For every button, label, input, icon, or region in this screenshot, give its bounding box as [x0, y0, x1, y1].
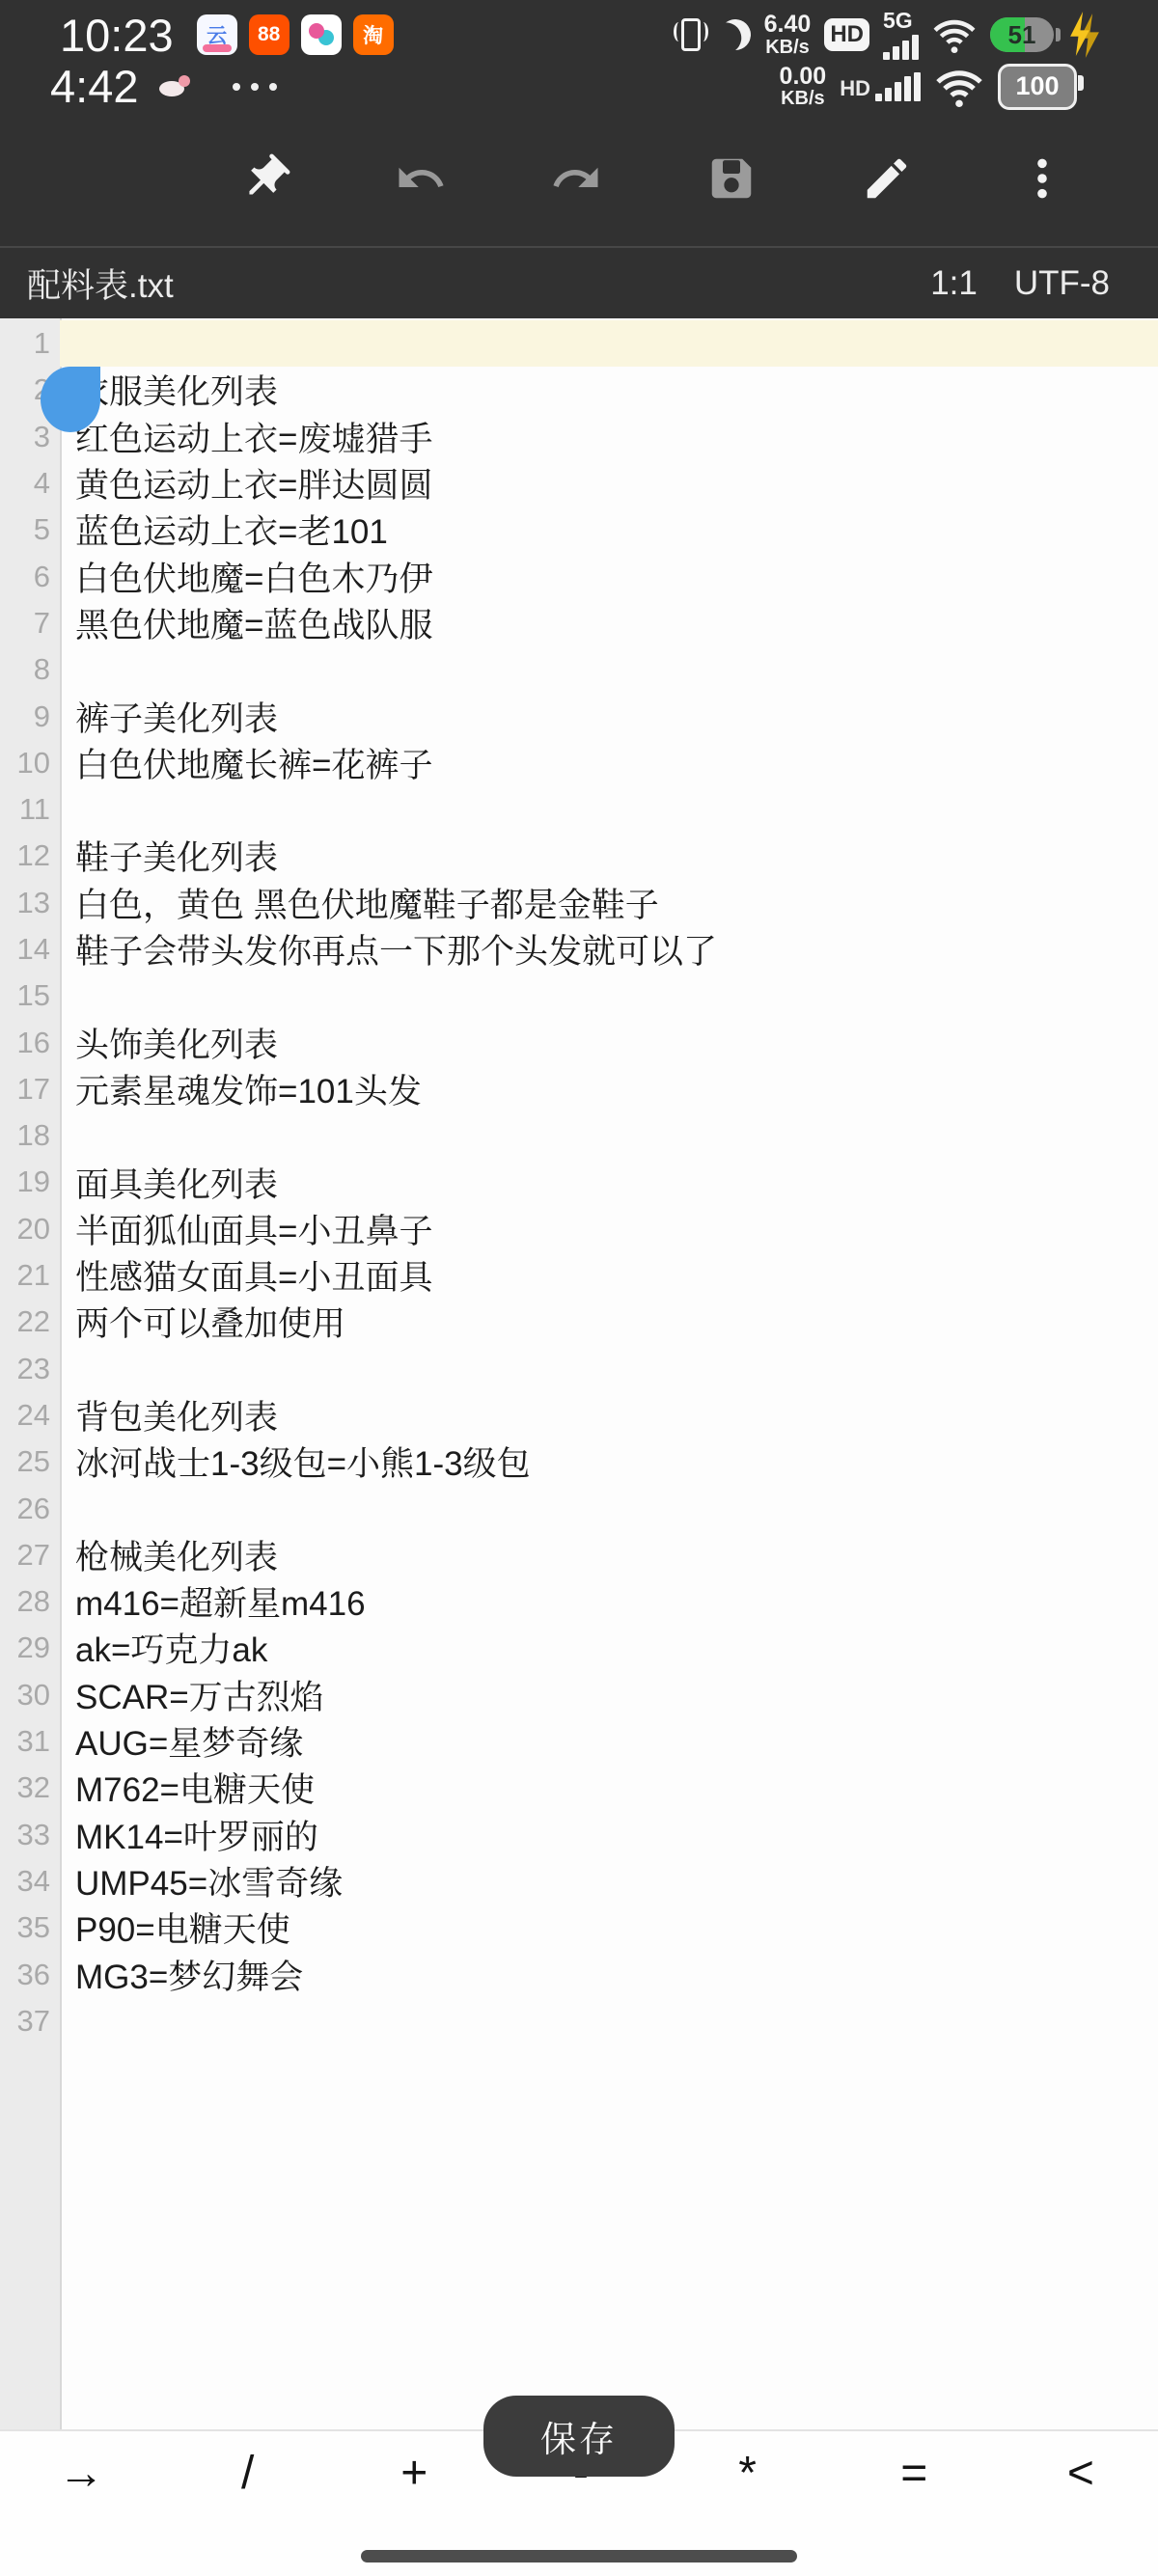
line-number: 16: [0, 1026, 60, 1060]
signal-bars-icon: [875, 72, 921, 101]
line-text: MG3=梦幻舞会: [60, 1951, 1158, 1997]
battery-main: 51: [990, 17, 1054, 52]
line-text: 蓝色运动上衣=老101: [60, 507, 1158, 553]
line-number: 32: [0, 1770, 60, 1805]
line-number: 33: [0, 1818, 60, 1852]
line-number: 10: [0, 746, 60, 781]
editor-line[interactable]: 18: [0, 1112, 1158, 1159]
line-text: 头饰美化列表: [60, 1019, 1158, 1065]
line-number: 21: [0, 1258, 60, 1293]
pin-button[interactable]: [238, 151, 292, 206]
editor-line[interactable]: 24背包美化列表: [0, 1392, 1158, 1439]
line-text: M762=电糖天使: [60, 1765, 1158, 1811]
line-text: m416=超新星m416: [60, 1578, 1158, 1625]
upload-speed: 6.40 KB/s: [764, 12, 812, 57]
line-number: 5: [0, 512, 60, 547]
editor-line[interactable]: 14鞋子会带头发你再点一下那个头发就可以了: [0, 926, 1158, 973]
line-text: 裤子美化列表: [60, 693, 1158, 739]
line-number: 6: [0, 560, 60, 594]
editor-line[interactable]: 1: [0, 320, 1158, 367]
line-text: 性感猫女面具=小丑面具: [60, 1252, 1158, 1299]
line-text: 枪械美化列表: [60, 1532, 1158, 1578]
line-number: 18: [0, 1118, 60, 1153]
editor-line[interactable]: 34UMP45=冰雪奇缘: [0, 1858, 1158, 1905]
editor-line[interactable]: 15: [0, 973, 1158, 1019]
line-number: 28: [0, 1584, 60, 1619]
editor-lines: 12衣服美化列表3红色运动上衣=废墟猎手4黄色运动上衣=胖达圆圆5蓝色运动上衣=…: [0, 320, 1158, 2044]
line-text: 鞋子会带头发你再点一下那个头发就可以了: [60, 926, 1158, 973]
editor-line[interactable]: 29ak=巧克力ak: [0, 1625, 1158, 1671]
line-text: [60, 1346, 1158, 1392]
line-text: 白色，黄色 黑色伏地魔鞋子都是金鞋子: [60, 880, 1158, 926]
line-text: [60, 973, 1158, 1019]
sim2-signal: HD: [840, 72, 921, 101]
editor-line[interactable]: 31AUG=星梦奇缘: [0, 1718, 1158, 1765]
line-text: UMP45=冰雪奇缘: [60, 1858, 1158, 1905]
line-number: 22: [0, 1304, 60, 1339]
editor-line[interactable]: 5蓝色运动上衣=老101: [0, 507, 1158, 553]
line-text: 白色伏地魔长裤=花裤子: [60, 740, 1158, 786]
redo-button[interactable]: [550, 152, 602, 205]
editor-line[interactable]: 37: [0, 1998, 1158, 2044]
text-editor-area[interactable]: 12衣服美化列表3红色运动上衣=废墟猎手4黄色运动上衣=胖达圆圆5蓝色运动上衣=…: [0, 318, 1158, 2429]
editor-line[interactable]: 28m416=超新星m416: [0, 1578, 1158, 1625]
symbol-key[interactable]: /: [225, 2447, 271, 2500]
editor-line[interactable]: 6白色伏地魔=白色木乃伊: [0, 553, 1158, 599]
line-text: 元素星魂发饰=101头发: [60, 1066, 1158, 1112]
line-number: 35: [0, 1910, 60, 1945]
line-number: 13: [0, 886, 60, 920]
line-text: P90=电糖天使: [60, 1905, 1158, 1951]
editor-line[interactable]: 25冰河战士1-3级包=小熊1-3级包: [0, 1439, 1158, 1485]
line-text: [60, 1112, 1158, 1159]
editor-line[interactable]: 9裤子美化列表: [0, 693, 1158, 739]
symbol-key[interactable]: *: [725, 2447, 771, 2500]
editor-line[interactable]: 30SCAR=万古烈焰: [0, 1672, 1158, 1718]
line-number: 14: [0, 932, 60, 967]
line-number: 36: [0, 1958, 60, 1992]
editor-line[interactable]: 21性感猫女面具=小丑面具: [0, 1252, 1158, 1299]
line-number: 26: [0, 1492, 60, 1526]
editor-line[interactable]: 19面具美化列表: [0, 1159, 1158, 1205]
line-text: [60, 786, 1158, 833]
taobao-app-icon: 淘: [353, 14, 394, 55]
line-text: ak=巧克力ak: [60, 1625, 1158, 1671]
editor-line[interactable]: 16头饰美化列表: [0, 1019, 1158, 1065]
kuaishou-app-icon: 88: [249, 14, 289, 55]
line-text: MK14=叶罗丽的: [60, 1812, 1158, 1858]
line-text: 鞋子美化列表: [60, 833, 1158, 879]
edit-mode-button[interactable]: [861, 152, 913, 205]
line-text: 半面狐仙面具=小丑鼻子: [60, 1206, 1158, 1252]
editor-toolbar: [0, 111, 1158, 246]
line-text: 背包美化列表: [60, 1392, 1158, 1439]
do-not-disturb-moon-icon: [717, 16, 753, 52]
symbol-key[interactable]: →: [58, 2447, 104, 2500]
undo-button[interactable]: [395, 152, 447, 205]
knot-app-icon: [301, 14, 342, 55]
symbol-key[interactable]: =: [891, 2447, 937, 2500]
line-number: 7: [0, 606, 60, 641]
line-text: [60, 320, 1158, 367]
symbol-key[interactable]: <: [1058, 2447, 1104, 2500]
line-text: 黄色运动上衣=胖达圆圆: [60, 460, 1158, 507]
overflow-menu-button[interactable]: [1018, 152, 1066, 205]
editor-line[interactable]: 23: [0, 1346, 1158, 1392]
menu-button[interactable]: [62, 149, 124, 209]
line-text: 白色伏地魔=白色木乃伊: [60, 553, 1158, 599]
file-info-bar: 配料表.txt 1:1 UTF-8: [0, 246, 1158, 318]
save-button[interactable]: 保存: [483, 2396, 675, 2477]
line-number: 4: [0, 466, 60, 501]
line-number: 12: [0, 838, 60, 873]
line-number: 31: [0, 1724, 60, 1759]
line-text: 衣服美化列表: [60, 367, 1158, 413]
line-number: 37: [0, 2004, 60, 2039]
status-app-icons: 云88淘: [197, 14, 394, 55]
text-cursor-handle[interactable]: [41, 367, 100, 432]
editor-line[interactable]: 17元素星魂发饰=101头发: [0, 1066, 1158, 1112]
editor-line[interactable]: 12鞋子美化列表: [0, 833, 1158, 879]
line-number: 9: [0, 699, 60, 734]
editor-line[interactable]: 3红色运动上衣=废墟猎手: [0, 414, 1158, 460]
wifi-icon: [932, 16, 977, 53]
status-bar: 10:23 云88淘 6.40 KB/s HD 5G: [0, 0, 1158, 111]
line-number: 15: [0, 978, 60, 1013]
home-gesture-bar[interactable]: [361, 2550, 797, 2562]
editor-line[interactable]: 26: [0, 1485, 1158, 1531]
line-text: 红色运动上衣=废墟猎手: [60, 414, 1158, 460]
line-text: 冰河战士1-3级包=小熊1-3级包: [60, 1439, 1158, 1485]
signal-bars-icon: [883, 35, 919, 60]
charging-bolt-icon: [1067, 12, 1100, 58]
line-text: 面具美化列表: [60, 1159, 1158, 1205]
file-name: 配料表.txt: [27, 260, 930, 308]
clock-secondary: 4:42: [50, 60, 138, 113]
volte-hd-badge: HD: [824, 18, 869, 51]
pet-emoji-icon: [157, 75, 192, 98]
line-number: 17: [0, 1072, 60, 1107]
line-number: 34: [0, 1864, 60, 1899]
line-number: 19: [0, 1165, 60, 1199]
status-row-1: 10:23 云88淘 6.40 KB/s HD 5G: [0, 0, 1158, 62]
save-file-button[interactable]: [705, 152, 758, 205]
clock-primary: 10:23: [60, 9, 174, 62]
line-number: 8: [0, 652, 60, 687]
line-number: 25: [0, 1444, 60, 1479]
cloud-app-icon: 云: [197, 14, 237, 55]
line-text: AUG=星梦奇缘: [60, 1718, 1158, 1765]
symbol-key[interactable]: +: [391, 2447, 437, 2500]
cursor-position: 1:1: [930, 264, 978, 303]
more-notifications-icon: [233, 83, 277, 91]
status-right-2: 0.00 KB/s HD 100: [780, 64, 1077, 110]
line-number: 30: [0, 1678, 60, 1713]
status-right-1: 6.40 KB/s HD 5G 51: [675, 10, 1100, 60]
status-row-2: 4:42 0.00 KB/s HD 100: [0, 62, 1158, 111]
battery-secondary: 100: [998, 64, 1077, 110]
line-text: SCAR=万古烈焰: [60, 1672, 1158, 1718]
line-number: 1: [0, 326, 60, 361]
line-number: 27: [0, 1538, 60, 1573]
editor-line[interactable]: 20半面狐仙面具=小丑鼻子: [0, 1206, 1158, 1252]
line-number: 20: [0, 1212, 60, 1247]
line-text: [60, 1998, 1158, 2044]
download-speed: 0.00 KB/s: [780, 64, 827, 109]
editor-line[interactable]: 10白色伏地魔长裤=花裤子: [0, 740, 1158, 786]
editor-line[interactable]: 22两个可以叠加使用: [0, 1299, 1158, 1345]
editor-line[interactable]: 35P90=电糖天使: [0, 1905, 1158, 1951]
line-text: 两个可以叠加使用: [60, 1299, 1158, 1345]
editor-line[interactable]: 7黑色伏地魔=蓝色战队服: [0, 600, 1158, 646]
file-encoding: UTF-8: [1014, 264, 1110, 303]
line-text: 黑色伏地魔=蓝色战队服: [60, 600, 1158, 646]
sim1-signal: 5G: [883, 10, 919, 60]
editor-line[interactable]: 4黄色运动上衣=胖达圆圆: [0, 460, 1158, 507]
vibrate-icon: [681, 18, 701, 51]
line-number: 11: [0, 792, 60, 827]
line-text: [60, 1485, 1158, 1531]
editor-line[interactable]: 32M762=电糖天使: [0, 1765, 1158, 1811]
editor-line[interactable]: 8: [0, 646, 1158, 693]
line-text: [60, 646, 1158, 693]
line-number: 24: [0, 1398, 60, 1433]
wifi-icon: [934, 67, 984, 107]
editor-line[interactable]: 11: [0, 786, 1158, 833]
top-dark-block: 10:23 云88淘 6.40 KB/s HD 5G: [0, 0, 1158, 318]
editor-line[interactable]: 33MK14=叶罗丽的: [0, 1812, 1158, 1858]
editor-line[interactable]: 13白色，黄色 黑色伏地魔鞋子都是金鞋子: [0, 880, 1158, 926]
line-number: 23: [0, 1352, 60, 1386]
editor-line[interactable]: 36MG3=梦幻舞会: [0, 1951, 1158, 1997]
editor-line[interactable]: 2衣服美化列表: [0, 367, 1158, 413]
line-number: 29: [0, 1631, 60, 1665]
editor-line[interactable]: 27枪械美化列表: [0, 1532, 1158, 1578]
